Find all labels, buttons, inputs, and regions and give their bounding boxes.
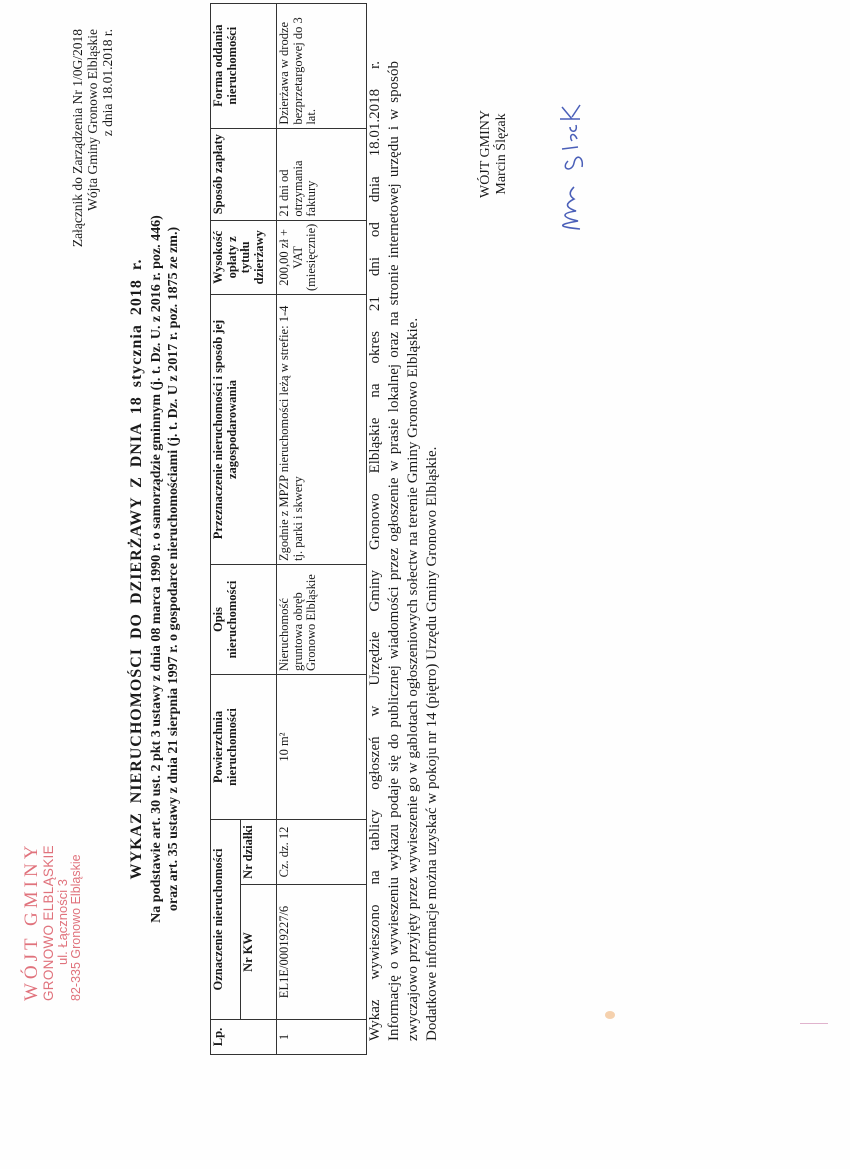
- document-title: WYKAZ NIERUCHOMOŚCI DO DZIERŻAWY Z DNIA …: [126, 69, 182, 1069]
- legal-basis-line-1: Na podstawie art. 30 ust. 2 pkt 3 ustawy…: [148, 69, 165, 1069]
- cell-description: Nieruchomość gruntowa obręb Gronowo Elbl…: [277, 565, 367, 675]
- table-header-row: Lp. Oznaczenie nieruchomości Powierzchni…: [211, 3, 241, 1054]
- signature-block: WÓJT GMINY Marcin Ślęzak: [478, 69, 510, 239]
- cell-nr-dzialki: Cz. dz. 12: [277, 820, 367, 885]
- header-fee: Wysokość opłaty z tytułu dzierżawy: [211, 220, 277, 294]
- notice-line-2: Informację o wywieszeniu wykazu podaje s…: [385, 61, 423, 1041]
- cell-lp: 1: [277, 1020, 367, 1055]
- header-description: Opis nieruchomości: [211, 565, 277, 675]
- header-payment: Sposób zapłaty: [211, 128, 277, 220]
- document-page: WÓJT GMINY GRONOWO ELBLĄSKIE ul. Łącznoś…: [0, 0, 850, 1169]
- annex-line-3: z dnia 18.01.2018 r.: [100, 29, 115, 309]
- stamp-line-2: GRONOWO ELBLĄSKIE: [42, 811, 56, 1001]
- cell-form: Dzierżawa w drodze bezprzetargowej do 3 …: [277, 3, 367, 128]
- cell-area: 10 m²: [277, 675, 367, 820]
- notice-line-1: Wykaz wywieszono na tablicy ogłoszeń w U…: [366, 61, 385, 1041]
- stamp-line-4: 82-335 Gronowo Elbląskie: [70, 811, 83, 1001]
- scan-artifact-line: [800, 1023, 828, 1024]
- signatory-name: Marcin Ślęzak: [494, 69, 510, 239]
- annex-line-1: Załącznik do Zarządzenia Nr 1/0G/2018: [70, 29, 85, 309]
- annex-line-2: Wójta Gminy Gronowo Elbląskie: [85, 29, 100, 309]
- handwritten-signature-icon: [540, 59, 590, 239]
- cell-nr-kw: EL1E/00019227/6: [277, 885, 367, 1020]
- header-nr-kw: Nr KW: [241, 885, 277, 1020]
- publication-notice: Wykaz wywieszono na tablicy ogłoszeń w U…: [366, 61, 442, 1041]
- header-lp: Lp.: [211, 1020, 277, 1055]
- table-row: 1 EL1E/00019227/6 Cz. dz. 12 10 m² Nieru…: [277, 3, 367, 1054]
- scan-smudge: [605, 1011, 615, 1019]
- notice-line-3: Dodatkowe informacje można uzyskać w pok…: [423, 61, 442, 1041]
- header-nr-dzialki: Nr działki: [241, 820, 277, 885]
- office-stamp: WÓJT GMINY GRONOWO ELBLĄSKIE ul. Łącznoś…: [22, 811, 83, 1001]
- header-form: Forma oddania nieruchomości: [211, 3, 277, 128]
- cell-purpose: Zgodnie z MPZP nieruchomości leżą w stre…: [277, 295, 367, 565]
- signatory-title: WÓJT GMINY: [478, 69, 494, 239]
- header-purpose: Przeznaczenie nieruchomości i sposób jej…: [211, 295, 277, 565]
- cell-payment: 21 dni od otrzymania faktury: [277, 128, 367, 220]
- stamp-line-3: ul. Łączności 3: [56, 811, 70, 1001]
- property-listing-table: Lp. Oznaczenie nieruchomości Powierzchni…: [210, 3, 367, 1055]
- stamp-line-1: WÓJT GMINY: [22, 811, 42, 1001]
- header-designation: Oznaczenie nieruchomości: [211, 820, 241, 1020]
- legal-basis-line-2: oraz art. 35 ustawy z dnia 21 sierpnia 1…: [165, 69, 182, 1069]
- cell-fee: 200,00 zł + VAT (miesięcznie): [277, 220, 367, 294]
- annex-reference: Załącznik do Zarządzenia Nr 1/0G/2018 Wó…: [70, 29, 115, 309]
- title-main: WYKAZ NIERUCHOMOŚCI DO DZIERŻAWY Z DNIA …: [126, 69, 148, 1069]
- header-area: Powierzchnia nieruchomości: [211, 675, 277, 820]
